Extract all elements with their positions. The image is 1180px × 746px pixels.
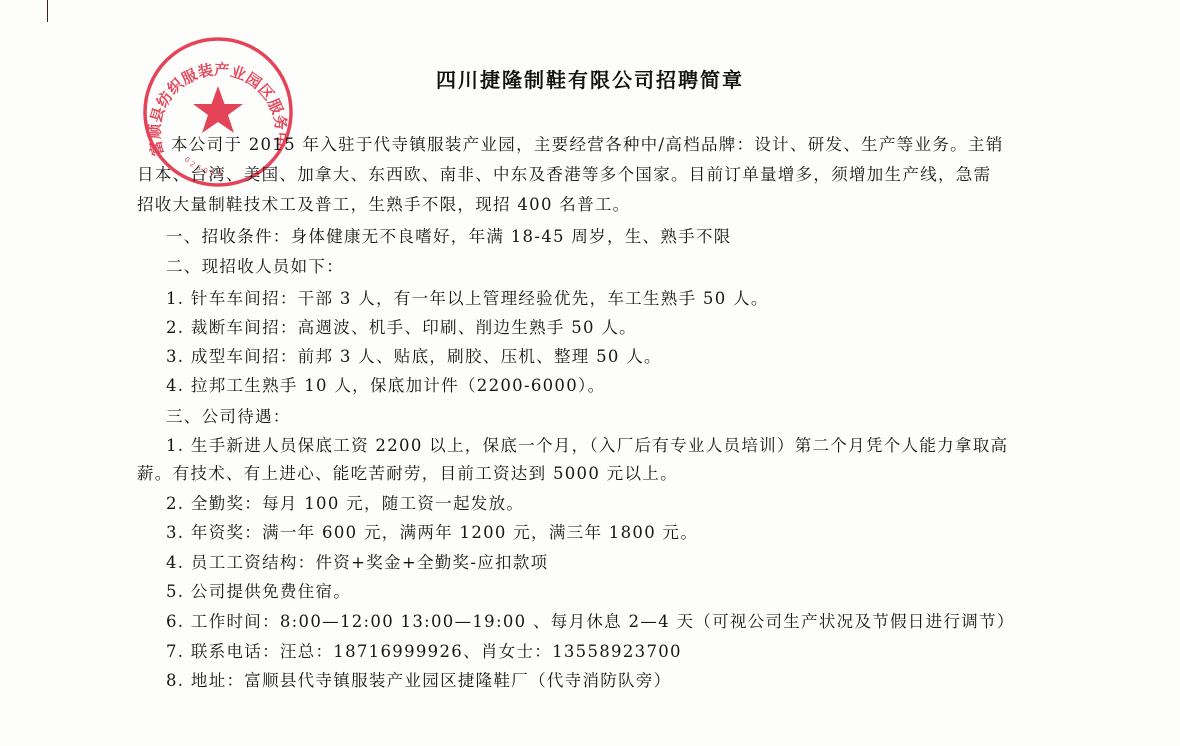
page-edge-mark bbox=[47, 0, 48, 22]
contact-phone-item: 7. 联系电话：汪总：18716999926、肖女士：13558923700 bbox=[166, 638, 682, 662]
position-item: 3. 成型车间招：前邦 3 人、贴底，刷胶、压机、整理 50 人。 bbox=[166, 343, 662, 367]
work-hours-item: 6. 工作时间：8:00—12:00 13:00—19:00 、每月休息 2—4… bbox=[166, 608, 1015, 632]
section-requirements-heading: 一、招收条件：身体健康无不良嗜好，年满 18-45 周岁，生、熟手不限 bbox=[166, 223, 732, 247]
page-title: 四川捷隆制鞋有限公司招聘简章 bbox=[0, 64, 1180, 93]
intro-line-3: 招收大量制鞋技术工及普工，生熟手不限，现招 400 名普工。 bbox=[137, 191, 630, 215]
section-benefits-heading: 三、公司待遇： bbox=[166, 403, 291, 427]
section-positions-heading: 二、现招收人员如下： bbox=[166, 253, 344, 277]
position-item: 1. 针车车间招：干部 3 人，有一年以上管理经验优先，车工生熟手 50 人。 bbox=[166, 285, 769, 309]
address-item: 8. 地址：富顺县代寺镇服装产业园区捷隆鞋厂（代寺消防队旁） bbox=[166, 667, 672, 691]
benefit-item: 4. 员工工资结构：件资+奖金+全勤奖-应扣款项 bbox=[166, 549, 548, 573]
benefit-item: 5. 公司提供免费住宿。 bbox=[166, 578, 351, 602]
benefit-item: 2. 全勤奖：每月 100 元，随工资一起发放。 bbox=[166, 490, 524, 514]
benefit-item: 3. 年资奖：满一年 600 元，满两年 1200 元，满三年 1800 元。 bbox=[166, 519, 698, 543]
position-item: 4. 拉邦工生熟手 10 人，保底加计件（2200-6000）。 bbox=[166, 372, 605, 396]
benefit-item-1-line-1: 1. 生手新进人员保底工资 2200 以上，保底一个月，（入厂后有专业人员培训）… bbox=[166, 432, 1008, 456]
intro-line-2: 日本、台湾、美国、加拿大、东西欧、南非、中东及香港等多个国家。目前订单量增多，须… bbox=[137, 161, 991, 185]
position-item: 2. 裁断车间招：高週波、机手、印刷、削边生熟手 50 人。 bbox=[166, 314, 637, 338]
star-icon bbox=[193, 86, 243, 133]
intro-line-1: 本公司于 2015 年入驻于代寺镇服装产业园，主要经营各种中/高档品牌：设计、研… bbox=[171, 131, 1004, 155]
benefit-item-1-line-2: 薪。有技术、有上进心、能吃苦耐劳，目前工资达到 5000 元以上。 bbox=[137, 460, 678, 484]
